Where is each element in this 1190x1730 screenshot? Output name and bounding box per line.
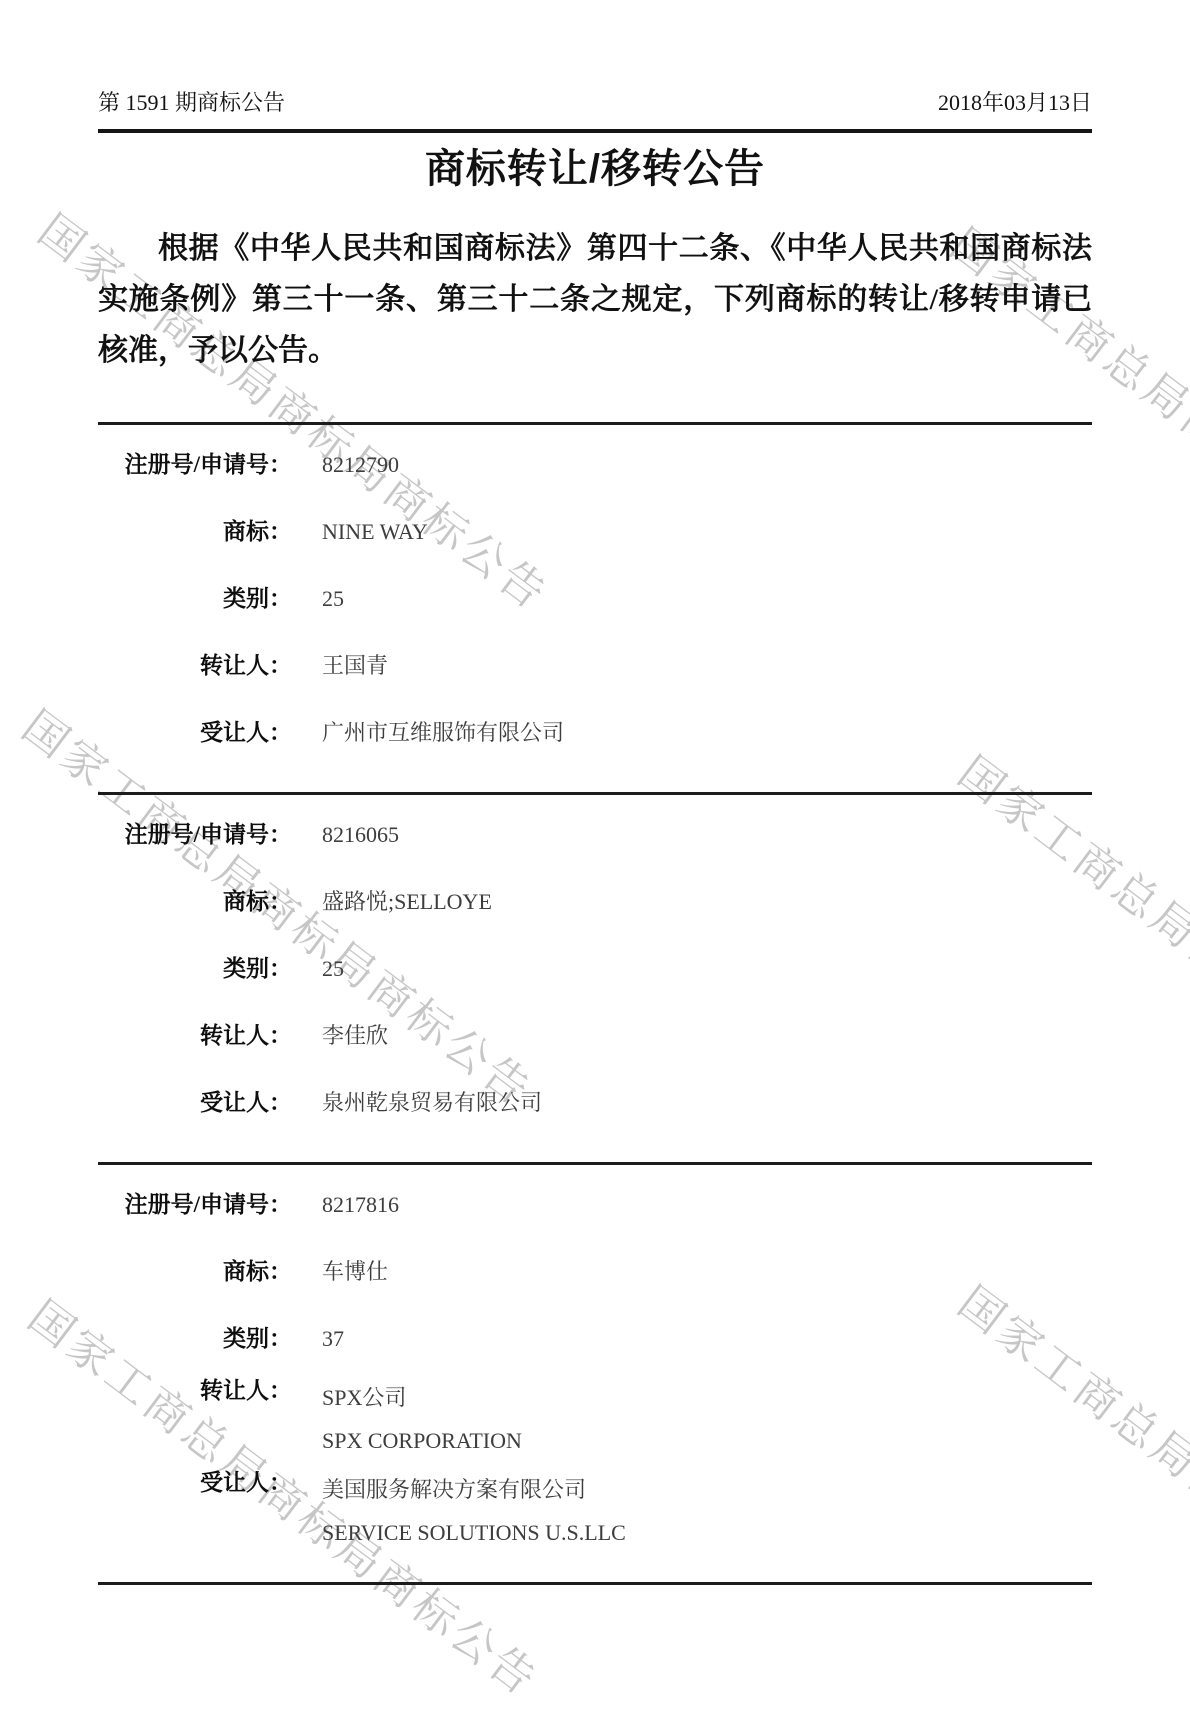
field-row: 注册号/申请号： 8217816 <box>98 1171 1092 1238</box>
field-value: 李佳欣 <box>322 1021 388 1051</box>
field-label: 商标： <box>98 1257 292 1287</box>
field-value: 25 <box>322 954 344 984</box>
field-label: 注册号/申请号： <box>98 450 292 480</box>
field-row: 商标： NINE WAY <box>98 498 1092 565</box>
field-value-line: 王国青 <box>322 651 388 681</box>
field-value: 8212790 <box>322 450 399 480</box>
intro-line: 实施条例》第三十一条、第三十二条之规定，下列商标的转让/移转申请已 <box>98 274 1092 325</box>
field-row: 类别： 37 <box>98 1305 1092 1372</box>
field-label: 受让人： <box>98 718 292 748</box>
field-value: SPX公司SPX CORPORATION <box>322 1376 522 1462</box>
field-label: 注册号/申请号： <box>98 1190 292 1220</box>
intro-line: 核准，予以公告。 <box>98 325 1092 376</box>
bottom-rule <box>98 1582 1092 1585</box>
page-title: 商标转让/移转公告 <box>98 145 1092 193</box>
issue-label: 第 1591 期商标公告 <box>98 86 285 117</box>
field-row: 受让人： 广州市互维服饰有限公司 <box>98 699 1092 766</box>
field-value: 王国青 <box>322 651 388 681</box>
field-label: 商标： <box>98 517 292 547</box>
field-value-line: 盛路悦;SELLOYE <box>322 887 492 917</box>
field-value-line: 25 <box>322 954 344 984</box>
field-value-line: 李佳欣 <box>322 1021 388 1051</box>
field-value-line: SPX公司 <box>322 1376 522 1419</box>
field-label: 注册号/申请号： <box>98 820 292 850</box>
field-label: 受让人： <box>98 1468 292 1498</box>
field-value: NINE WAY <box>322 517 428 547</box>
trademark-record: 注册号/申请号： 8217816 商标： 车博仕 类别： 37 转让人： SPX… <box>98 1162 1092 1582</box>
field-value-line: 37 <box>322 1324 344 1354</box>
field-label: 受让人： <box>98 1088 292 1118</box>
field-value: 盛路悦;SELLOYE <box>322 887 492 917</box>
field-value-line: 8217816 <box>322 1190 399 1220</box>
field-value-line: 8212790 <box>322 450 399 480</box>
field-value-line: 美国服务解决方案有限公司 <box>322 1468 626 1511</box>
trademark-record: 注册号/申请号： 8216065 商标： 盛路悦;SELLOYE 类别： 25 … <box>98 792 1092 1162</box>
field-row: 受让人： 泉州乾泉贸易有限公司 <box>98 1069 1092 1136</box>
field-row: 类别： 25 <box>98 565 1092 632</box>
field-value: 25 <box>322 584 344 614</box>
field-value-line: SERVICE SOLUTIONS U.S.LLC <box>322 1511 626 1554</box>
field-value: 美国服务解决方案有限公司SERVICE SOLUTIONS U.S.LLC <box>322 1468 626 1554</box>
intro-line: 根据《中华人民共和国商标法》第四十二条、《中华人民共和国商标法 <box>98 223 1092 274</box>
field-label: 类别： <box>98 1324 292 1354</box>
issue-date: 2018年03月13日 <box>938 86 1092 117</box>
field-row: 注册号/申请号： 8216065 <box>98 801 1092 868</box>
intro-paragraph: 根据《中华人民共和国商标法》第四十二条、《中华人民共和国商标法 实施条例》第三十… <box>98 223 1092 376</box>
field-label: 转让人： <box>98 1376 292 1406</box>
field-value-line: NINE WAY <box>322 517 428 547</box>
field-row: 注册号/申请号： 8212790 <box>98 431 1092 498</box>
field-label: 类别： <box>98 584 292 614</box>
field-value: 8216065 <box>322 820 399 850</box>
field-label: 转让人： <box>98 1021 292 1051</box>
field-value: 8217816 <box>322 1190 399 1220</box>
field-row: 转让人： 王国青 <box>98 632 1092 699</box>
gazette-page: 第 1591 期商标公告 2018年03月13日 商标转让/移转公告 根据《中华… <box>0 0 1190 1585</box>
field-row: 商标： 车博仕 <box>98 1238 1092 1305</box>
field-row: 类别： 25 <box>98 935 1092 1002</box>
field-row: 受让人： 美国服务解决方案有限公司SERVICE SOLUTIONS U.S.L… <box>98 1464 1092 1556</box>
field-value: 广州市互维服饰有限公司 <box>322 718 564 748</box>
field-value: 车博仕 <box>322 1257 388 1287</box>
field-row: 商标： 盛路悦;SELLOYE <box>98 868 1092 935</box>
field-value-line: 车博仕 <box>322 1257 388 1287</box>
field-row: 转让人： 李佳欣 <box>98 1002 1092 1069</box>
field-label: 商标： <box>98 887 292 917</box>
field-value-line: 25 <box>322 584 344 614</box>
field-label: 类别： <box>98 954 292 984</box>
field-value-line: 8216065 <box>322 820 399 850</box>
field-value: 泉州乾泉贸易有限公司 <box>322 1088 542 1118</box>
field-value-line: SPX CORPORATION <box>322 1419 522 1462</box>
field-row: 转让人： SPX公司SPX CORPORATION <box>98 1372 1092 1464</box>
field-value-line: 广州市互维服饰有限公司 <box>322 718 564 748</box>
field-value-line: 泉州乾泉贸易有限公司 <box>322 1088 542 1118</box>
field-label: 转让人： <box>98 651 292 681</box>
page-header: 第 1591 期商标公告 2018年03月13日 <box>98 0 1092 133</box>
trademark-record: 注册号/申请号： 8212790 商标： NINE WAY 类别： 25 转让人… <box>98 422 1092 792</box>
field-value: 37 <box>322 1324 344 1354</box>
